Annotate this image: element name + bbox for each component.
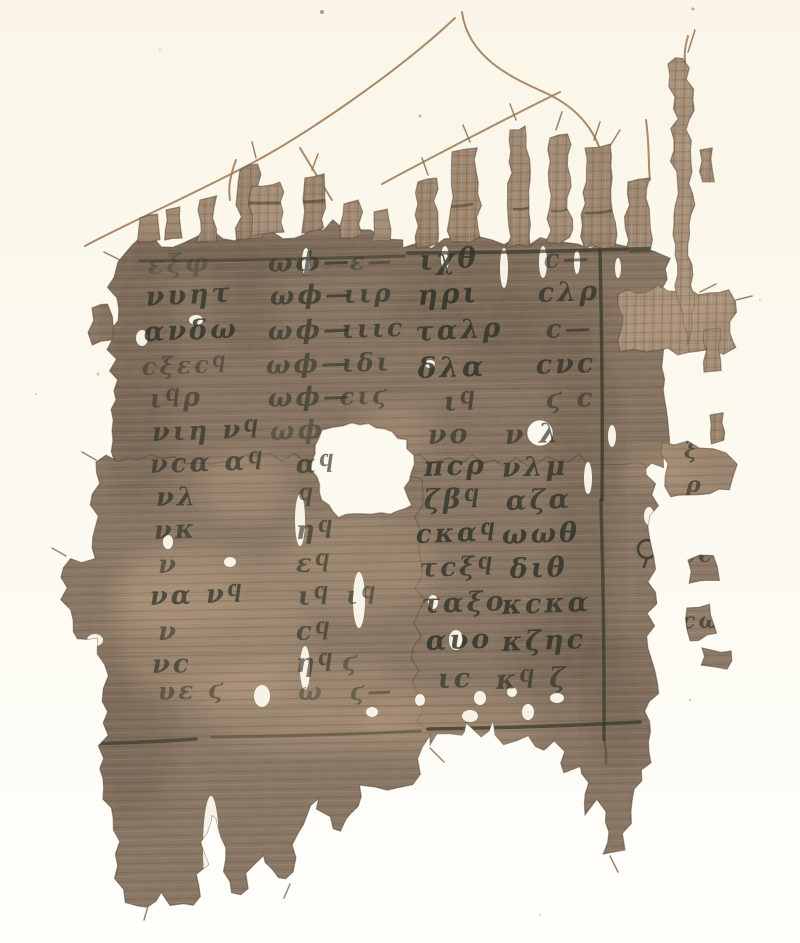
ink-row: ζβϥ [423,483,482,516]
ink-row: νλ [156,482,199,513]
ink-row: ιϥ [346,580,379,610]
ink-row: νιη νϥ [151,414,261,448]
crack [415,694,425,706]
ink-row: ν [158,550,179,580]
ink-row: ταλρ [415,312,504,348]
crack [254,685,270,707]
crack [224,557,236,567]
ink-row: ανδω [143,314,239,348]
ink-row: εϥ [296,548,333,579]
ink-row: διθ [508,552,568,585]
ink-row: ϲλρ [537,276,600,309]
ink-row: πϲρ [422,450,487,483]
crack [522,704,534,720]
ink-row: ωϕ— [267,246,352,279]
ink-row: ωϕ— [265,348,350,381]
crack [608,425,616,447]
dust-speck [97,373,100,376]
ink-row: ϲ— [545,313,594,345]
ink-row: νυητ [145,277,234,313]
ink-row: ρ [685,472,704,498]
ink-row: ϛ ϲ [545,383,596,415]
ink-row: ιϥ [297,581,331,612]
ink-row: εξφ [147,248,212,281]
ink-row: νκ [153,514,198,546]
ink-row: ωωθ [501,517,580,551]
dust-speck [539,914,541,916]
crack [584,462,592,494]
ink-row: ν [158,617,179,647]
crack [474,691,486,705]
ink-row: ιδι [341,347,392,378]
ink-row: αϥ [295,449,336,480]
dust-speck [159,49,161,51]
ink-row: ϲϥ [296,616,333,647]
crack [366,707,378,717]
ink-row: ϥ [298,483,315,513]
ink-row: τϲξϥ [419,551,495,584]
ink-row: κϲκα [500,587,592,621]
papyrus-photo: εξφνυητανδωϲξεϲϥιϥρνιη νϥνϲα αϥνλνκννα ν… [0,0,800,943]
ink-row: ϲ— [543,243,592,275]
dust-speck [320,10,324,14]
ink-row: ωϕ— [267,314,352,347]
ink-row: κζηϲ [500,624,586,658]
dust-speck [419,115,422,118]
ink-row: ϛ [342,647,360,676]
dust-speck [689,699,691,701]
ink-row: ν λ [504,418,561,451]
ink-row: ιιρ [343,278,394,309]
ink-row: αζα [505,484,573,517]
ink-row: κϥ ζ [494,662,569,696]
ink-row: ϲξεϲϥ [141,349,228,381]
crack [550,693,564,703]
ink-row: ϲιϛ [339,380,390,411]
crack [462,710,478,722]
ink-row: ηϥ [295,515,335,546]
ink-row: ιιιϲ [341,313,405,344]
ink-row: ιϥρ [149,382,204,415]
ink-row: ιχθ [419,241,480,277]
ink-row: νο [427,419,471,451]
ink-row: να νϥ [149,579,245,612]
crack [500,248,508,288]
crack [615,258,621,278]
ink-row: ηρι [417,276,480,312]
ink-row: ωϕ [269,415,325,447]
photo-stage: εξφνυητανδωϲξεϲϥιϥρνιη νϥνϲα αϥνλνκννα ν… [0,0,800,943]
ink-row: δλα [416,350,487,385]
ink-row: ηϥ [295,648,335,679]
ink-row: ϛ— [349,675,395,706]
ink-row: ιϲ [437,663,474,695]
dust-speck [759,299,761,301]
dust-speck [692,8,695,11]
ink-row: ωϕ— [269,279,354,312]
ink-row: υε ϛ [157,675,226,706]
ink-row: νλμ [501,451,568,484]
ink-row: νϲα αϥ [149,446,265,480]
ink-row: ϲνϲ [535,348,597,381]
ink-row: ϲκαϥ [415,517,498,550]
dust-speck [35,393,37,395]
ink-row: ταξο [421,586,507,620]
ink-row: αυο [425,624,493,657]
ink-row: ε— [349,245,395,276]
ink-row: ω [298,677,325,706]
ink-row: ιϥ [443,385,479,418]
